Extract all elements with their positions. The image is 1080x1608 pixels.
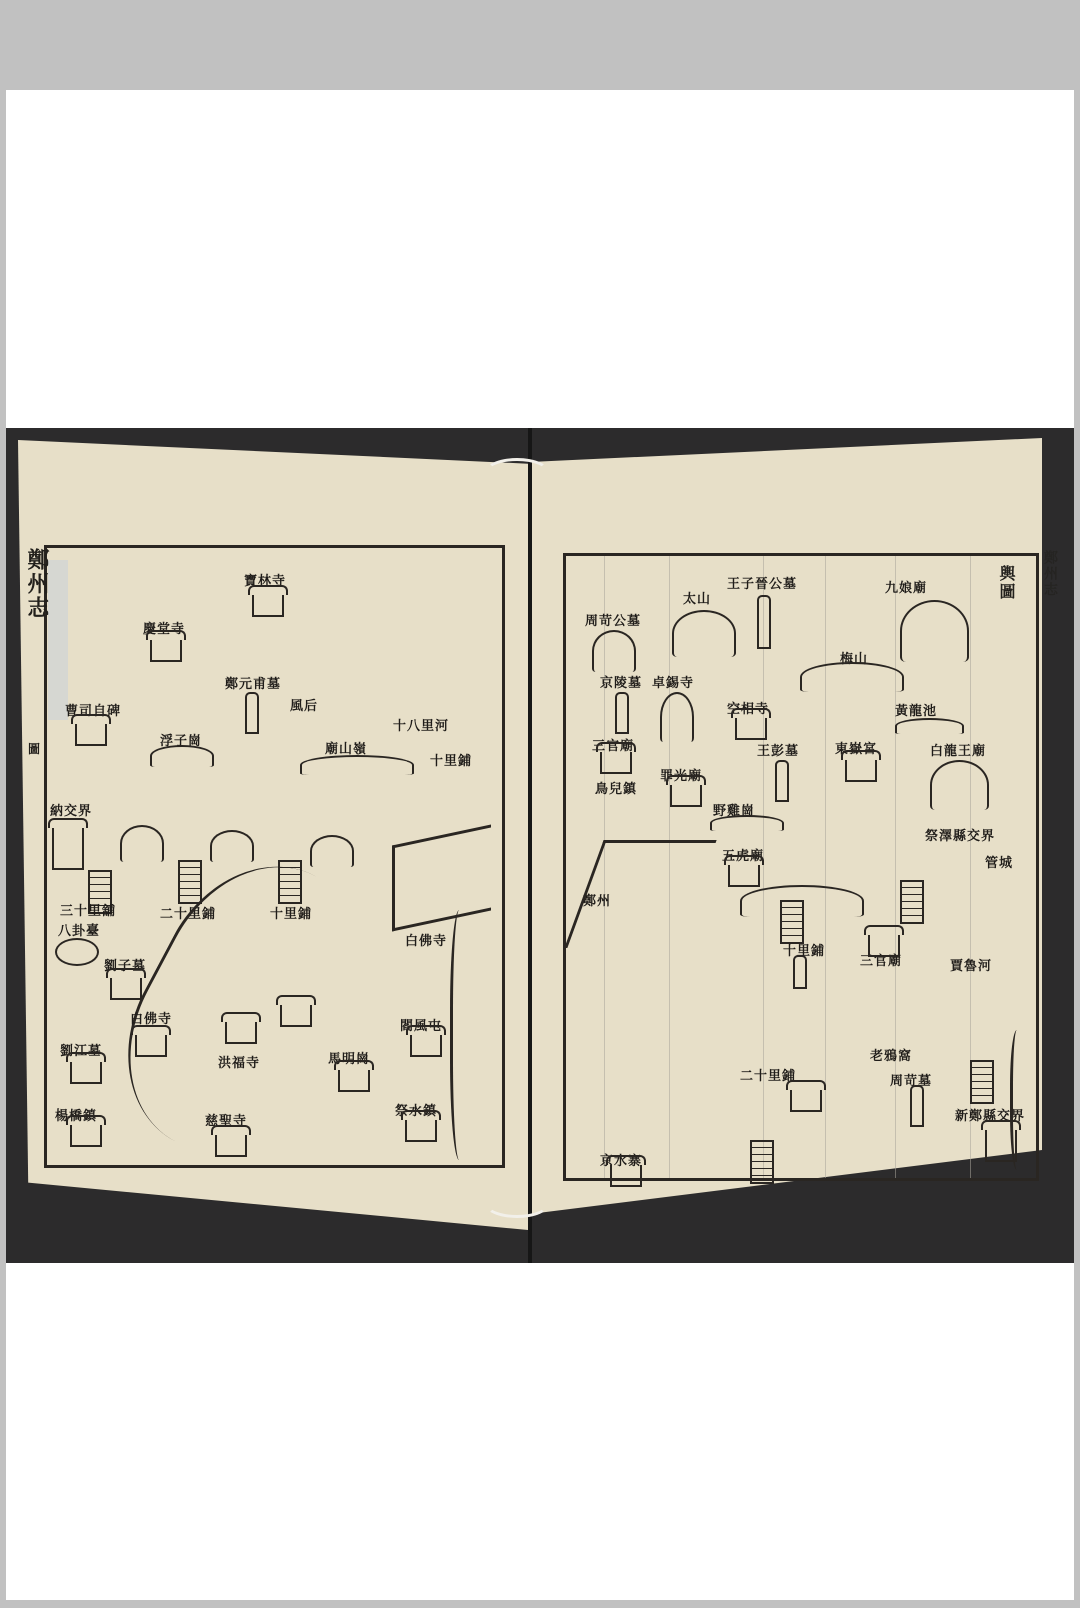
- place-label: 鳥兒鎮: [595, 778, 637, 797]
- binding-thread-bottom: [484, 1188, 550, 1218]
- place-label: 白佛寺: [405, 930, 447, 949]
- stele-icon: [775, 760, 789, 802]
- house-icon: [845, 760, 877, 782]
- river-line: [1010, 1030, 1027, 1170]
- mountain-ridge-icon: [740, 885, 864, 917]
- tower-icon: [970, 1060, 994, 1104]
- house-icon: [70, 1125, 102, 1147]
- right-edge-title: 鄭州志: [1040, 550, 1060, 598]
- mountain-ridge-icon: [300, 755, 414, 775]
- place-label: 十八里河: [393, 715, 449, 734]
- place-label: 京陵墓: [600, 672, 642, 691]
- place-label: 管城: [985, 852, 1013, 871]
- house-icon: [338, 1070, 370, 1092]
- book-spine: [528, 428, 532, 1263]
- mountain-icon: [900, 600, 969, 662]
- left-margin-marker: 圖: [28, 740, 41, 757]
- place-label: 風后: [290, 695, 318, 714]
- tower-icon: [750, 1140, 774, 1184]
- place-label: 八卦臺: [58, 920, 100, 939]
- place-label: 賈魯河: [950, 955, 992, 974]
- temple-icon: [728, 865, 760, 887]
- house-icon: [790, 1090, 822, 1112]
- place-label: 周苛公墓: [585, 610, 641, 629]
- tower-icon: [900, 880, 924, 924]
- temple-icon: [252, 595, 284, 617]
- tree-icon: [120, 825, 164, 862]
- place-label: 納交界: [50, 800, 92, 819]
- altar-icon: [55, 938, 99, 966]
- house-icon: [70, 1062, 102, 1084]
- place-label: 白龍王廟: [930, 740, 986, 759]
- stele-icon: [615, 692, 629, 734]
- faint-bleed-through: [48, 560, 68, 720]
- temple-icon: [215, 1135, 247, 1157]
- place-label: 太山: [683, 588, 711, 607]
- place-label: 三十里舖: [60, 900, 116, 919]
- stele-icon: [757, 595, 771, 649]
- tower-icon: [178, 860, 202, 904]
- stele-icon: [245, 692, 259, 734]
- place-label: 九娘廟: [885, 577, 927, 596]
- place-label: 洪福寺: [218, 1052, 260, 1071]
- place-label: 王彭墓: [757, 740, 799, 759]
- temple-mountain-icon: [660, 692, 694, 742]
- place-label: 祭澤縣交界: [925, 825, 995, 844]
- gate-icon: [75, 724, 107, 746]
- place-label: 黃龍池: [895, 700, 937, 719]
- temple-icon: [600, 752, 632, 774]
- hill-icon: [710, 815, 784, 831]
- shrine-icon: [110, 978, 142, 1000]
- boundary-gate-icon: [52, 828, 84, 870]
- stele-icon: [910, 1085, 924, 1127]
- place-label: 老鴉窩: [870, 1045, 912, 1064]
- tree-icon: [310, 835, 354, 867]
- place-label: 十里鋪: [430, 750, 472, 769]
- binding-thread-top: [484, 458, 550, 488]
- tomb-icon: [592, 630, 636, 672]
- pond-icon: [895, 718, 964, 734]
- place-label: 鄭元甫墓: [225, 673, 281, 692]
- temple-mountain-icon: [930, 760, 989, 810]
- stele-group-icon: [793, 955, 807, 989]
- house-icon: [280, 1005, 312, 1027]
- mountain-icon: [672, 610, 736, 657]
- house-icon: [610, 1165, 642, 1187]
- house-icon: [150, 640, 182, 662]
- place-label: 卓錫寺: [652, 672, 694, 691]
- temple-icon: [735, 718, 767, 740]
- mountain-icon: [800, 662, 904, 692]
- right-margin-title: 輿圖: [995, 565, 1018, 601]
- temple-icon: [868, 935, 900, 957]
- house-icon: [405, 1120, 437, 1142]
- tree-icon: [210, 830, 254, 862]
- mountain-icon: [150, 745, 214, 767]
- place-label: 王子晉公墓: [727, 573, 797, 592]
- temple-icon: [670, 785, 702, 807]
- river-line: [450, 910, 473, 1160]
- house-icon: [410, 1035, 442, 1057]
- temple-icon: [135, 1035, 167, 1057]
- temple-icon: [225, 1022, 257, 1044]
